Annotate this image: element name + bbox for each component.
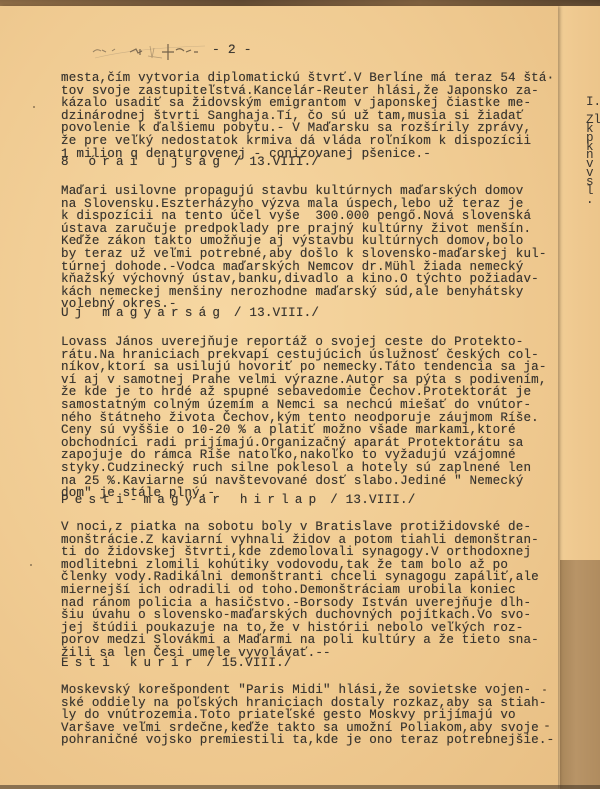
newspaper-name: Pesti-magyar hirlap [61,493,322,507]
section-paragraph: Maďari usilovne propagujú stavbu kultúrn… [61,185,547,311]
adjacent-page-text-fragment: I. Zl k p k n v v s l . [586,98,600,205]
scan-bottom-edge [0,785,600,789]
speck [33,106,35,108]
scanned-document: - 2 - mesta,čím vytvoria diplomatickú št… [0,0,600,789]
newspaper-date: / 15.VIII./ [199,656,292,670]
speck [30,564,32,566]
section-heading: Uj magyarság / 13.VIII./ [61,307,319,320]
newspaper-name: 8 órai ujság [61,155,226,169]
speck [543,689,546,691]
intro-paragraph: mesta,čím vytvoria diplomatickú štvrť.V … [61,72,554,160]
newspaper-date: / 13.VIII./ [226,155,319,169]
handwritten-scribble [90,40,215,62]
speck [545,725,549,727]
section-paragraph: Lovass János uverejňuje reportáž o svoje… [61,336,547,500]
section-paragraph: Moskevský korešpondent "Paris Midi" hlás… [61,684,554,747]
adjacent-page-shadow [560,560,600,789]
section-heading: Esti kurír / 15.VIII./ [61,657,292,670]
section-heading: Pesti-magyar hirlap / 13.VIII./ [61,494,416,507]
newspaper-date: / 13.VIII./ [226,306,319,320]
section-paragraph: V noci,z piatka na sobotu boly v Bratisl… [61,521,539,660]
page-number: - 2 - [212,44,252,57]
newspaper-name: Esti kurír [61,656,199,670]
newspaper-date: / 13.VIII./ [322,493,415,507]
section-heading: 8 órai ujság / 13.VIII./ [61,156,319,169]
newspaper-name: Uj magyarság [61,306,226,320]
